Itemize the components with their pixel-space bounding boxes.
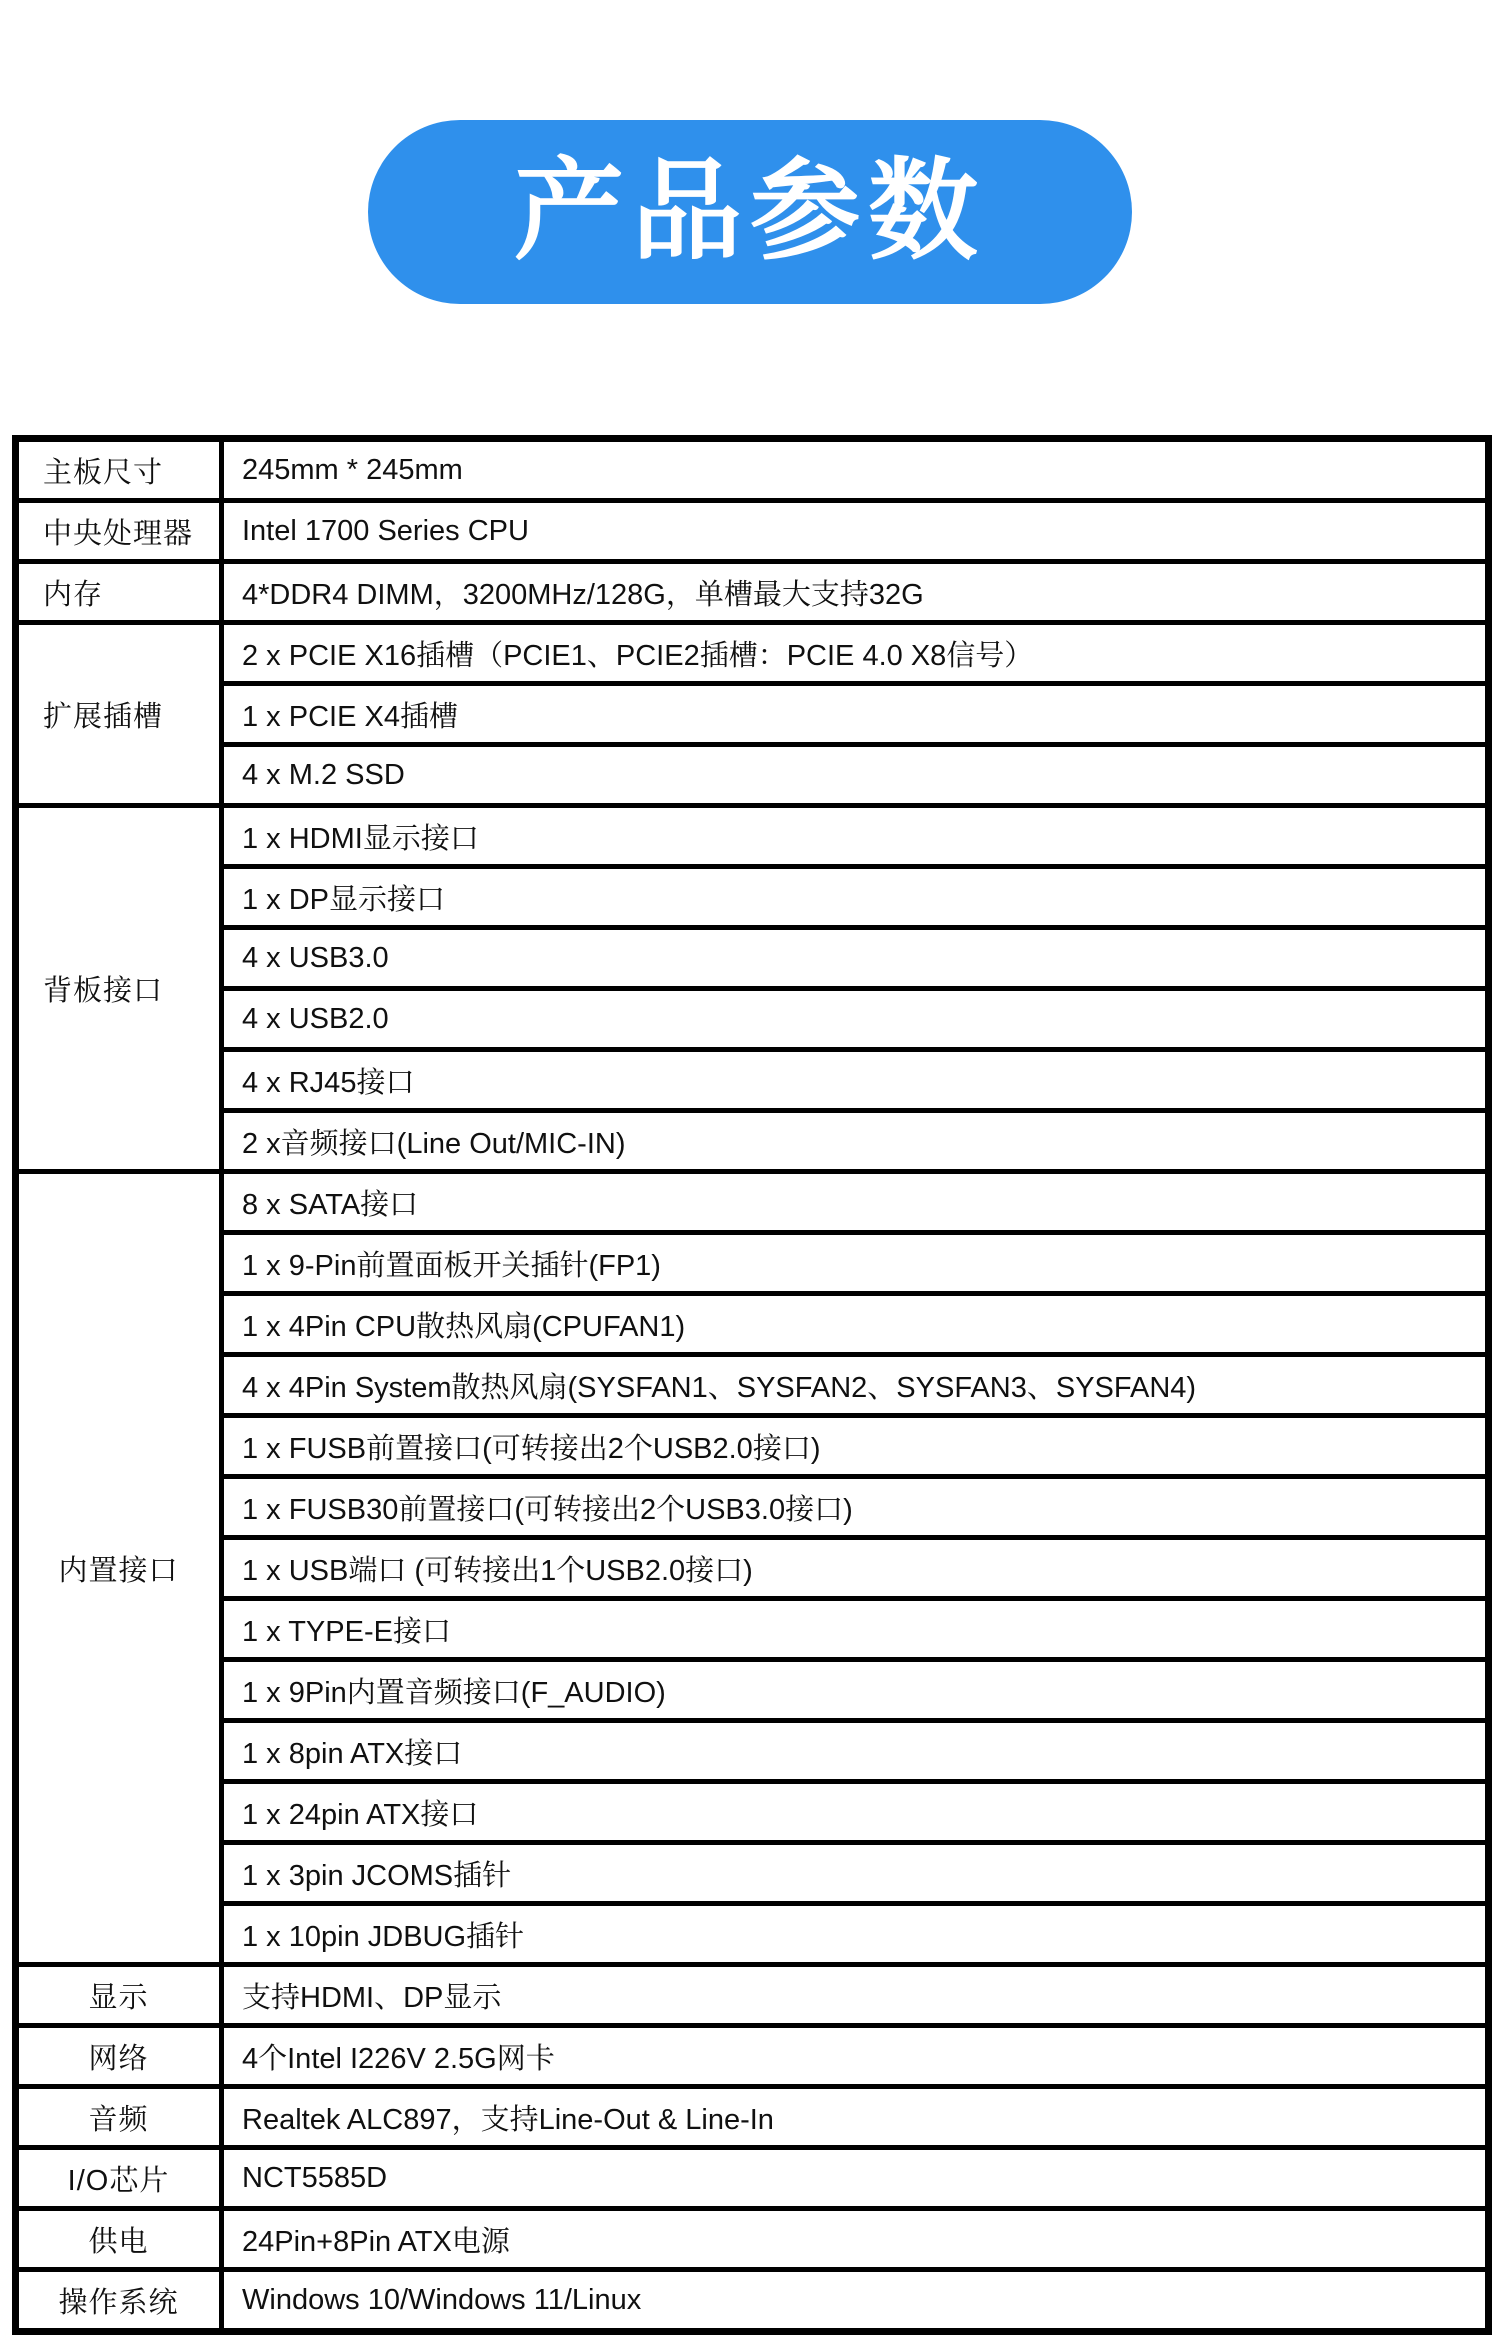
spec-label: 音频 (16, 2087, 222, 2148)
spec-value: 1 x HDMI显示接口 (222, 806, 1489, 867)
spec-label: 网络 (16, 2026, 222, 2087)
table-row: 1 x 3pin JCOMS插针 (16, 1843, 1489, 1904)
spec-label: 中央处理器 (16, 501, 222, 562)
spec-label: 供电 (16, 2209, 222, 2270)
table-row: 背板接口1 x HDMI显示接口 (16, 806, 1489, 867)
spec-value: 4 x USB3.0 (222, 928, 1489, 989)
table-row: 1 x FUSB前置接口(可转接出2个USB2.0接口) (16, 1416, 1489, 1477)
spec-label: 主板尺寸 (16, 439, 222, 501)
table-row: 音频Realtek ALC897，支持Line-Out & Line-In (16, 2087, 1489, 2148)
spec-value: 1 x PCIE X4插槽 (222, 684, 1489, 745)
spec-value: 4个Intel I226V 2.5G网卡 (222, 2026, 1489, 2087)
table-row: 1 x TYPE-E接口 (16, 1599, 1489, 1660)
table-row: 1 x DP显示接口 (16, 867, 1489, 928)
table-row: 4 x 4Pin System散热风扇(SYSFAN1、SYSFAN2、SYSF… (16, 1355, 1489, 1416)
spec-value: 2 x PCIE X16插槽（PCIE1、PCIE2插槽：PCIE 4.0 X8… (222, 623, 1489, 684)
spec-label: 操作系统 (16, 2270, 222, 2332)
table-row: 显示支持HDMI、DP显示 (16, 1965, 1489, 2026)
spec-value: 245mm * 245mm (222, 439, 1489, 501)
spec-value: 1 x FUSB30前置接口(可转接出2个USB3.0接口) (222, 1477, 1489, 1538)
page-title: 产品参数 (514, 157, 986, 267)
spec-value: 8 x SATA接口 (222, 1172, 1489, 1233)
table-row: 4 x USB2.0 (16, 989, 1489, 1050)
spec-value: 2 x音频接口(Line Out/MIC-IN) (222, 1111, 1489, 1172)
table-row: 1 x FUSB30前置接口(可转接出2个USB3.0接口) (16, 1477, 1489, 1538)
spec-value: 1 x USB端口 (可转接出1个USB2.0接口) (222, 1538, 1489, 1599)
spec-label: 内置接口 (16, 1172, 222, 1965)
spec-value: 4*DDR4 DIMM，3200MHz/128G，单槽最大支持32G (222, 562, 1489, 623)
spec-value: 1 x DP显示接口 (222, 867, 1489, 928)
title-banner: 产品参数 (368, 120, 1132, 304)
spec-value: 1 x TYPE-E接口 (222, 1599, 1489, 1660)
table-row: 4 x RJ45接口 (16, 1050, 1489, 1111)
table-row: 内存4*DDR4 DIMM，3200MHz/128G，单槽最大支持32G (16, 562, 1489, 623)
spec-label: 背板接口 (16, 806, 222, 1172)
spec-value: 4 x RJ45接口 (222, 1050, 1489, 1111)
spec-value: Windows 10/Windows 11/Linux (222, 2270, 1489, 2332)
spec-value: 1 x 3pin JCOMS插针 (222, 1843, 1489, 1904)
spec-value: 1 x 9-Pin前置面板开关插针(FP1) (222, 1233, 1489, 1294)
table-row: 1 x 9Pin内置音频接口(F_AUDIO) (16, 1660, 1489, 1721)
table-row: 4 x USB3.0 (16, 928, 1489, 989)
spec-label: 扩展插槽 (16, 623, 222, 806)
spec-value: Intel 1700 Series CPU (222, 501, 1489, 562)
spec-table: 主板尺寸245mm * 245mm中央处理器Intel 1700 Series … (12, 435, 1492, 2335)
table-row: I/O芯片NCT5585D (16, 2148, 1489, 2209)
table-row: 扩展插槽2 x PCIE X16插槽（PCIE1、PCIE2插槽：PCIE 4.… (16, 623, 1489, 684)
spec-value: 支持HDMI、DP显示 (222, 1965, 1489, 2026)
spec-value: 1 x 10pin JDBUG插针 (222, 1904, 1489, 1965)
table-row: 1 x PCIE X4插槽 (16, 684, 1489, 745)
spec-value: NCT5585D (222, 2148, 1489, 2209)
table-row: 中央处理器Intel 1700 Series CPU (16, 501, 1489, 562)
spec-sheet-page: 产品参数 主板尺寸245mm * 245mm中央处理器Intel 1700 Se… (0, 0, 1500, 2339)
spec-value: Realtek ALC897，支持Line-Out & Line-In (222, 2087, 1489, 2148)
table-row: 主板尺寸245mm * 245mm (16, 439, 1489, 501)
spec-value: 1 x FUSB前置接口(可转接出2个USB2.0接口) (222, 1416, 1489, 1477)
spec-label: 显示 (16, 1965, 222, 2026)
table-row: 1 x USB端口 (可转接出1个USB2.0接口) (16, 1538, 1489, 1599)
spec-label: I/O芯片 (16, 2148, 222, 2209)
table-row: 1 x 9-Pin前置面板开关插针(FP1) (16, 1233, 1489, 1294)
table-row: 1 x 24pin ATX接口 (16, 1782, 1489, 1843)
table-row: 网络4个Intel I226V 2.5G网卡 (16, 2026, 1489, 2087)
table-row: 操作系统Windows 10/Windows 11/Linux (16, 2270, 1489, 2332)
spec-label: 内存 (16, 562, 222, 623)
spec-value: 4 x M.2 SSD (222, 745, 1489, 806)
table-row: 内置接口8 x SATA接口 (16, 1172, 1489, 1233)
table-row: 1 x 10pin JDBUG插针 (16, 1904, 1489, 1965)
spec-value: 24Pin+8Pin ATX电源 (222, 2209, 1489, 2270)
spec-value: 1 x 4Pin CPU散热风扇(CPUFAN1) (222, 1294, 1489, 1355)
spec-value: 4 x USB2.0 (222, 989, 1489, 1050)
spec-value: 1 x 9Pin内置音频接口(F_AUDIO) (222, 1660, 1489, 1721)
table-row: 供电24Pin+8Pin ATX电源 (16, 2209, 1489, 2270)
table-row: 1 x 4Pin CPU散热风扇(CPUFAN1) (16, 1294, 1489, 1355)
table-row: 1 x 8pin ATX接口 (16, 1721, 1489, 1782)
table-row: 2 x音频接口(Line Out/MIC-IN) (16, 1111, 1489, 1172)
spec-value: 1 x 24pin ATX接口 (222, 1782, 1489, 1843)
spec-value: 1 x 8pin ATX接口 (222, 1721, 1489, 1782)
spec-value: 4 x 4Pin System散热风扇(SYSFAN1、SYSFAN2、SYSF… (222, 1355, 1489, 1416)
table-row: 4 x M.2 SSD (16, 745, 1489, 806)
